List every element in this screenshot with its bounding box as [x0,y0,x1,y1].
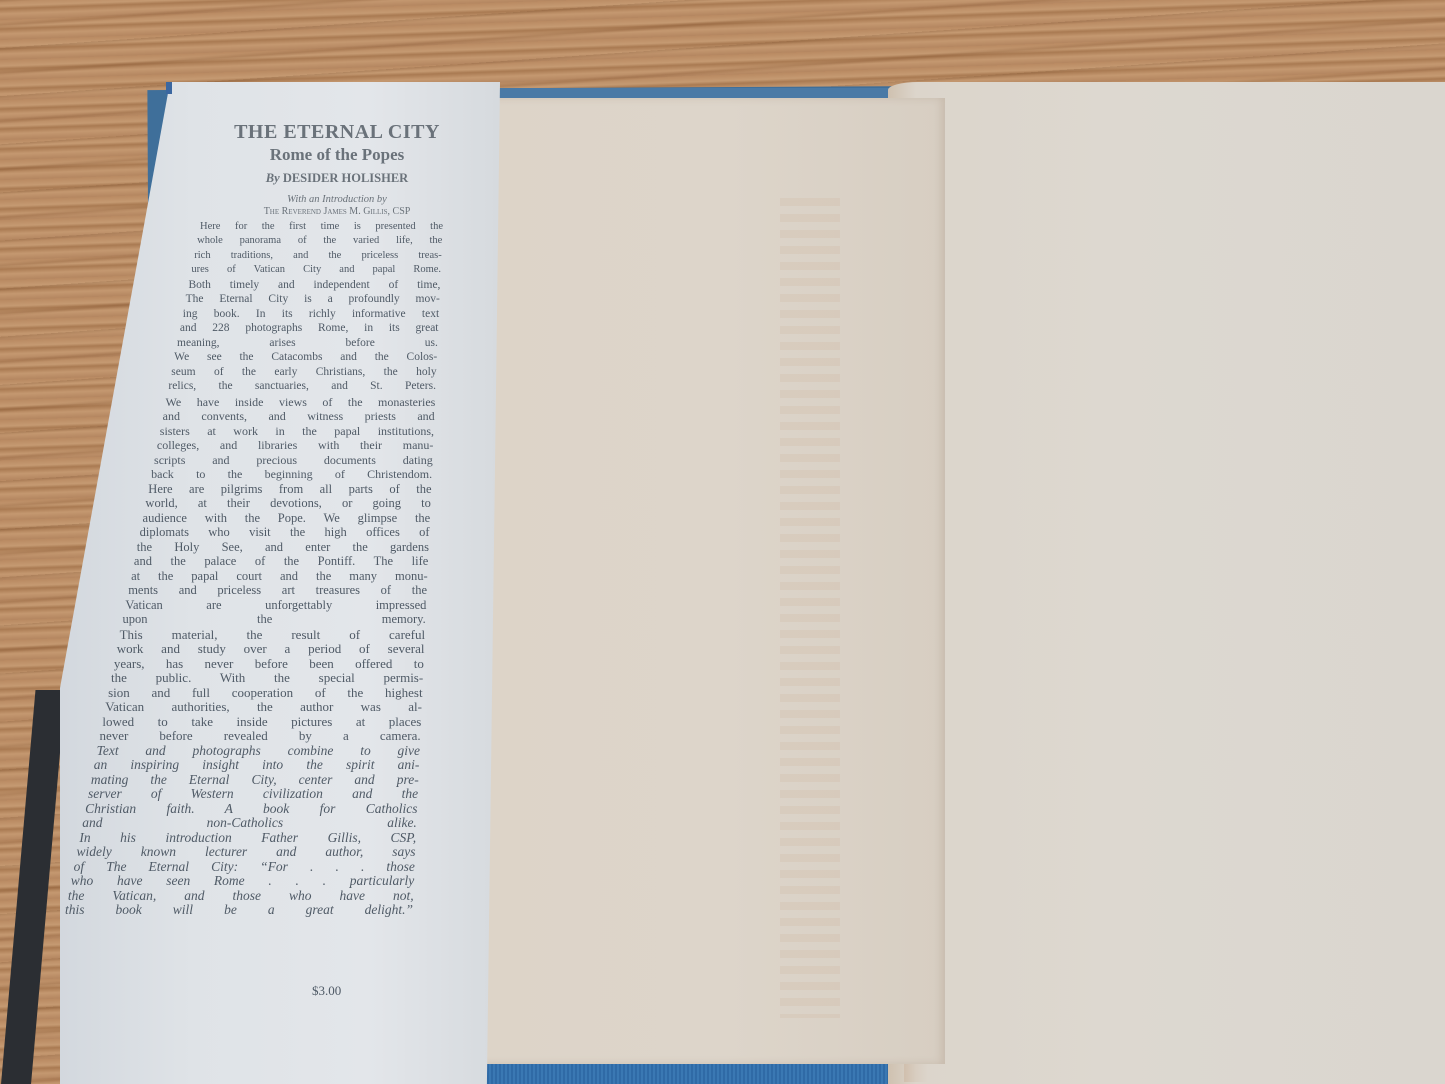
blurb-line: Vatican are unforgettably impressed [125,599,426,612]
blurb-line: never before revealed by a camera. [99,729,420,742]
introduction-author: The Reverend James M. Gillis, CSP [222,206,452,217]
blurb-line: who have seen Rome . . . particularly [71,874,415,888]
blurb-line: Christian faith. A book for Catholics [85,802,417,816]
blurb-line: scripts and precious documents dating [154,454,433,466]
blurb-line: at the papal court and the many monu- [131,570,428,583]
blurb-line: Both timely and independent of time, [189,280,441,292]
blurb-line: We see the Catacombs and the Colos- [174,352,437,364]
blurb-line: sion and full cooperation of the highest [108,686,422,699]
blurb-line: sisters at work in the papal institution… [160,425,434,437]
blurb-line: Here for the first time is presented the [200,222,443,233]
blurb-line: rich traditions, and the priceless treas… [194,251,441,262]
book-author: By DESIDER HOLISHER [222,171,452,186]
blurb-line: and convents, and witness priests and [163,410,435,422]
blurb-line: colleges, and libraries with their manu- [157,439,434,451]
blurb-line: of The Eternal City: “For . . . those [74,860,415,874]
blurb-line: server of Western civilization and the [88,787,418,801]
blurb-line: seum of the early Christians, the holy [171,367,436,379]
blurb-line: This material, the result of careful [120,628,426,641]
blurb-line: lowed to take inside pictures at places [102,715,421,728]
blurb-line: the public. With the special permis- [111,671,423,684]
blurb-line: upon the memory. [122,613,425,626]
blurb-line: diplomats who visit the high offices of [140,526,430,539]
book-title: THE ETERNAL CITY [222,121,452,144]
flap-text-layer: THE ETERNAL CITY Rome of the Popes By DE… [0,0,1445,1084]
blurb-line: We have inside views of the monasteries [166,396,436,408]
blurb-line: and non-Catholics alike. [82,816,417,830]
blurb-line: meaning, arises before us. [177,338,438,350]
blurb-line: Here are pilgrims from all parts of the [148,483,431,496]
blurb-line: ures of Vatican City and papal Rome. [191,265,441,276]
book-subtitle: Rome of the Popes [222,145,452,165]
author-name: DESIDER HOLISHER [283,171,408,185]
blurb-line: relics, the sanctuaries, and St. Peters. [168,381,436,393]
blurb-line: ing book. In its richly informative text [183,309,439,321]
blurb-line: Vatican authorities, the author was al- [105,700,422,713]
blurb-line: whole panorama of the varied life, the [197,236,442,247]
blurb-line: world, at their devotions, or going to [145,497,430,510]
author-prefix: By [266,171,280,185]
blurb-line: Text and photographs combine to give [97,744,420,758]
introduction-label: With an Introduction by [222,194,452,205]
blurb-line: work and study over a period of several [117,642,425,655]
blurb-line: In his introduction Father Gillis, CSP, [79,831,416,845]
blurb-line: mating the Eternal City, center and pre- [91,773,419,787]
blurb-line: and the palace of the Pontiff. The life [134,555,428,568]
blurb-line: back to the beginning of Christendom. [151,468,432,480]
blurb-line: an inspiring insight into the spirit ani… [94,758,420,772]
blurb-line: audience with the Pope. We glimpse the [143,512,431,525]
blurb-line: The Eternal City is a profoundly mov- [186,294,440,306]
blurb-line: this book will be a great delight.” [65,903,413,917]
blurb-line: ments and priceless art treasures of the [128,584,427,597]
blurb-line: years, has never before been offered to [114,657,424,670]
blurb-line: the Holy See, and enter the gardens [137,541,429,554]
blurb-line: widely known lecturer and author, says [76,845,415,859]
blurb-line: and 228 photographs Rome, in its great [180,323,439,335]
book-price: $3.00 [312,983,341,999]
blurb-line: the Vatican, and those who have not, [68,889,414,903]
